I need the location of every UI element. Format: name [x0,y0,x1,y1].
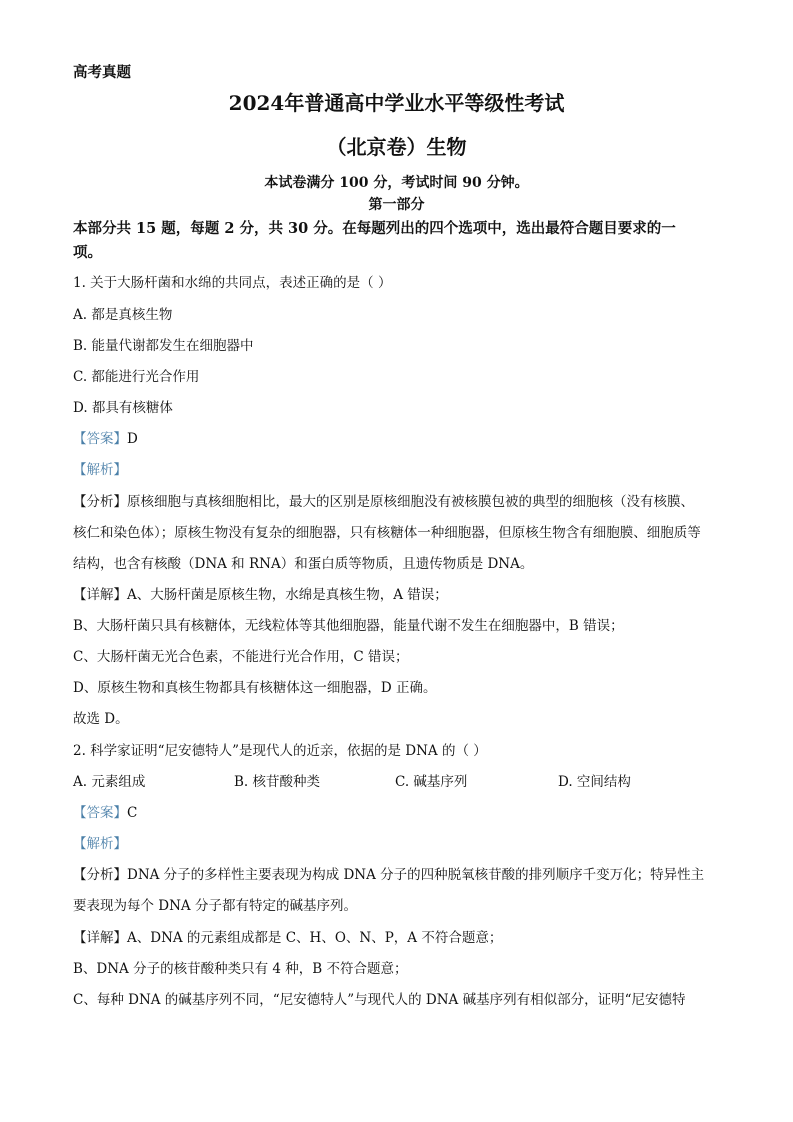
question-2-analysis-line-1: 【分析】DNA 分子的多样性主要表现为构成 DNA 分子的四种脱氧核苷酸的排列顺… [73,866,723,884]
question-2-detail-line-3: C、每种 DNA 的碱基序列不同，“尼安德特人”与现代人的 DNA 碱基序列有相… [73,991,723,1009]
instructions-line-2: 项。 [73,244,723,262]
part-heading: 第一部分 [0,196,793,214]
question-1-answer: 【答案】D [73,430,723,448]
question-1-analysis-head: 【解析】 [73,461,723,479]
question-2-option-c: C. 碱基序列 [395,773,467,791]
answer-label: 【答案】 [73,431,127,447]
instructions-line-1: 本部分共 15 题，每题 2 分，共 30 分。在每题列出的四个选项中，选出最符… [73,220,723,238]
question-2-detail-line-1: 【详解】A、DNA 的元素组成都是 C、H、O、N、P，A 不符合题意； [73,929,723,947]
question-1-detail-line-2: B、大肠杆菌只具有核糖体，无线粒体等其他细胞器，能量代谢不发生在细胞器中，B 错… [73,617,723,635]
question-1-option-d: D. 都具有核糖体 [73,399,723,417]
question-1-analysis-line-2: 核仁和染色体）；原核生物没有复杂的细胞器，只有核糖体一种细胞器，但原核生物含有细… [73,524,723,542]
analysis-label: 【分析】 [73,494,127,510]
question-1-option-b: B. 能量代谢都发生在细胞器中 [73,337,723,355]
page-title: 2024年普通高中学业水平等级性考试 [0,94,793,112]
page-subtitle: （北京卷）生物 [0,138,793,156]
answer-value: D [127,431,138,447]
question-2-detail-line-2: B、DNA 分子的核苷酸种类只有 4 种，B 不符合题意； [73,960,723,978]
question-1-detail-line-4: D、原核生物和真核生物都具有核糖体这一细胞器，D 正确。 [73,679,723,697]
question-1-stem: 1. 关于大肠杆菌和水绵的共同点，表述正确的是（ ） [73,274,723,292]
question-1-detail-line-1: 【详解】A、大肠杆菌是原核生物，水绵是真核生物，A 错误； [73,586,723,604]
document-page: 高考真题 2024年普通高中学业水平等级性考试 （北京卷）生物 本试卷满分 10… [0,0,793,1122]
question-2-analysis-line-2: 要表现为每个 DNA 分子都有特定的碱基序列。 [73,897,723,915]
detail-text: A、DNA 的元素组成都是 C、H、O、N、P，A 不符合题意； [127,930,502,946]
answer-label: 【答案】 [73,805,127,821]
question-2-analysis-head: 【解析】 [73,835,723,853]
analysis-text: 原核细胞与真核细胞相比，最大的区别是原核细胞没有被核膜包被的典型的细胞核（没有核… [127,494,694,510]
question-1-analysis-line-3: 结构，也含有核酸（DNA 和 RNA）和蛋白质等物质，且遗传物质是 DNA。 [73,555,723,573]
question-2-option-b: B. 核苷酸种类 [234,773,320,791]
detail-text: A、大肠杆菌是原核生物，水绵是真核生物，A 错误； [127,587,448,603]
analysis-label: 【分析】 [73,867,127,883]
question-1-conclusion: 故选 D。 [73,710,723,728]
question-2-answer: 【答案】C [73,804,723,822]
question-1-option-a: A. 都是真核生物 [73,306,723,324]
detail-label: 【详解】 [73,587,127,603]
exam-info: 本试卷满分 100 分，考试时间 90 分钟。 [0,174,793,192]
exam-tag: 高考真题 [73,64,723,82]
question-1-analysis-line-1: 【分析】原核细胞与真核细胞相比，最大的区别是原核细胞没有被核膜包被的典型的细胞核… [73,493,723,511]
question-1-option-c: C. 都能进行光合作用 [73,368,723,386]
answer-value: C [127,805,137,821]
question-2-stem: 2. 科学家证明“尼安德特人”是现代人的近亲，依据的是 DNA 的（ ） [73,742,723,760]
question-2-option-a: A. 元素组成 [73,773,145,791]
detail-label: 【详解】 [73,930,127,946]
question-1-detail-line-3: C、大肠杆菌无光合色素，不能进行光合作用，C 错误； [73,648,723,666]
analysis-text: DNA 分子的多样性主要表现为构成 DNA 分子的四种脱氧核苷酸的排列顺序千变万… [127,867,704,883]
question-2-option-d: D. 空间结构 [558,773,631,791]
